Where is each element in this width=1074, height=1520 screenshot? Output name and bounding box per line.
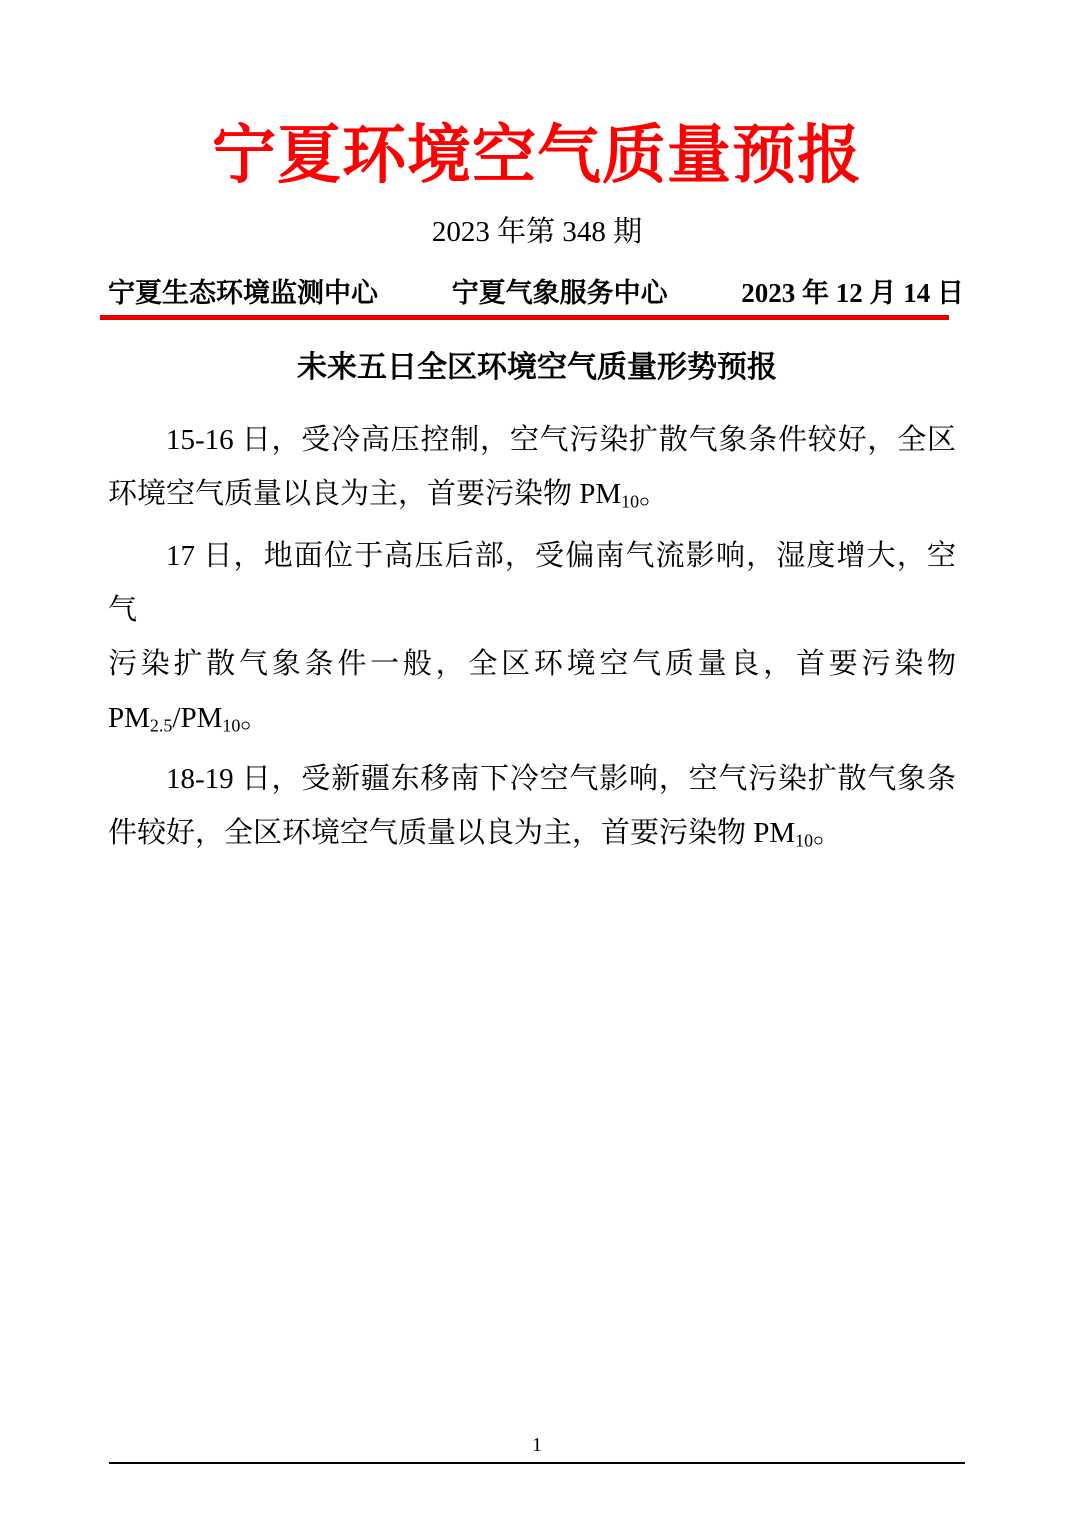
text-segment: PM [108,702,150,734]
text-segment: 17 日，地面位于高压后部，受偏南气流影响，湿度增大，空气 [108,540,956,626]
issue-number: 2023 年第 348 期 [0,213,1074,252]
text-segment: 18-19 日，受新疆东移南下冷空气影响，空气污染扩散气象条 [166,763,956,795]
text-segment: 。 [240,702,269,734]
paragraph-line: 件较好，全区环境空气质量以良为主，首要污染物 PM10。 [108,806,956,867]
document-page: 宁夏环境空气质量预报 2023 年第 348 期 宁夏生态环境监测中心 宁夏气象… [0,0,1074,1520]
subscript: 2.5 [150,715,172,735]
text-segment: 环境空气质量以良为主，首要污染物 PM [108,478,621,510]
subscript: 10 [795,830,813,850]
text-segment: 污染扩散气象条件一般，全区环境空气质量良，首要污染物 [108,648,956,680]
section-heading: 未来五日全区环境空气质量形势预报 [0,348,1074,387]
text-segment: 。 [813,817,842,849]
paragraph-line: 15-16 日，受冷高压控制，空气污染扩散气象条件较好，全区 [108,413,956,467]
paragraph: 17 日，地面位于高压后部，受偏南气流影响，湿度增大，空气污染扩散气象条件一般，… [0,529,1074,752]
publisher-center: 宁夏气象服务中心 [452,276,668,311]
text-segment: 15-16 日，受冷高压控制，空气污染扩散气象条件较好，全区 [166,424,956,456]
text-segment: 件较好，全区环境空气质量以良为主，首要污染物 PM [108,817,795,849]
publisher-row: 宁夏生态环境监测中心 宁夏气象服务中心 2023 年 12 月 14 日 [108,276,964,311]
footer-divider [109,1462,965,1464]
paragraph-line: 17 日，地面位于高压后部，受偏南气流影响，湿度增大，空气 [108,529,956,637]
page-number: 1 [0,1430,1074,1460]
subscript: 10 [222,715,240,735]
red-divider [100,315,949,320]
text-segment: 。 [639,478,668,510]
text-segment: /PM [172,702,222,734]
footer: 1 [0,1430,1074,1464]
paragraph-line: 18-19 日，受新疆东移南下冷空气影响，空气污染扩散气象条 [108,752,956,806]
paragraph: 15-16 日，受冷高压控制，空气污染扩散气象条件较好，全区环境空气质量以良为主… [0,413,1074,528]
paragraph-line: PM2.5/PM10。 [108,691,956,752]
subscript: 10 [621,492,639,512]
publish-date: 2023 年 12 月 14 日 [741,276,964,311]
paragraph-line: 污染扩散气象条件一般，全区环境空气质量良，首要污染物 [108,637,956,691]
paragraph-line: 环境空气质量以良为主，首要污染物 PM10。 [108,467,956,528]
publisher-left: 宁夏生态环境监测中心 [108,276,378,311]
forecast-paragraphs: 15-16 日，受冷高压控制，空气污染扩散气象条件较好，全区环境空气质量以良为主… [0,413,1074,867]
document-title: 宁夏环境空气质量预报 [0,118,1074,195]
paragraph: 18-19 日，受新疆东移南下冷空气影响，空气污染扩散气象条件较好，全区环境空气… [0,752,1074,867]
